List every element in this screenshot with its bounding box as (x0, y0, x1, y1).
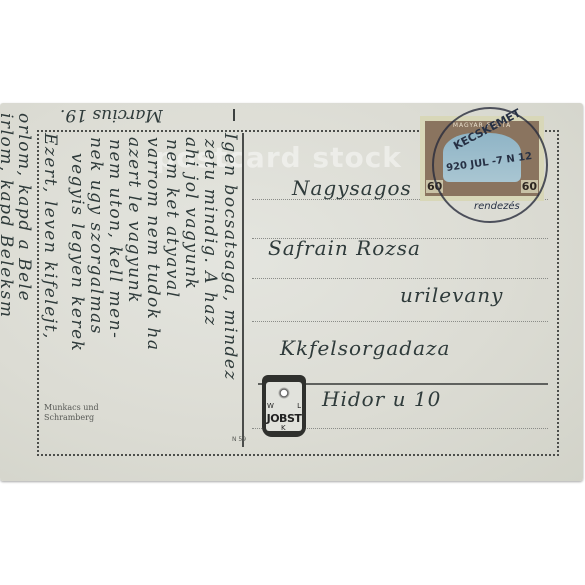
message-line: irlom, kapd Beleksm (0, 113, 16, 318)
logo-letter-right: L (297, 402, 301, 410)
address-recipient-title: Nagysagos (292, 176, 412, 200)
address-recipient-honorific: urilevany (400, 283, 503, 307)
message-line: Igen bocsatsaga, mindez (220, 133, 240, 381)
address-street: Hidor u 10 (322, 387, 441, 411)
message-line: ahi jol vagyunk (181, 137, 201, 290)
publisher-imprint: Munkacs und Schramberg (44, 403, 99, 423)
print-code: N 59 (232, 435, 246, 445)
address-recipient-name: Safrain Rozsa (268, 236, 421, 260)
postmark: KECSKEMET 920 JUL -7 N 12 rendezés (432, 107, 548, 223)
message-line: nem uton, kell men- (105, 139, 125, 339)
publisher-line: Munkacs und (44, 403, 99, 413)
address-line-4 (252, 321, 548, 322)
header-handwriting: Marcius 19. (60, 105, 163, 125)
message-line: zetu mindig. A haz (200, 139, 220, 326)
address-line-3 (252, 278, 548, 279)
flower-icon (277, 386, 291, 400)
center-divider (242, 133, 244, 447)
jobst-logo: W L JOBST K (262, 375, 306, 437)
message-line: nek ugy szorgalmas (86, 137, 106, 335)
postmark-date: 920 JUL -7 N 12 (446, 151, 533, 174)
postmark-bottom: rendezés (474, 201, 520, 212)
postmark-city: KECSKEMET (451, 106, 523, 152)
message-line: varrom nem tudok ha (143, 137, 163, 351)
publisher-line: Schramberg (44, 413, 99, 423)
postcard: postcard stock Marcius 19. Igen bocsatsa… (0, 103, 583, 481)
message-line: orlom, kapd a Bele (14, 113, 34, 302)
address-town: Kkfelsorgadaza (280, 336, 450, 360)
logo-letter-bottom: K (281, 424, 286, 432)
message-line: vegyis legyen kerek (67, 153, 87, 352)
message-line: azert le vagyunk (124, 137, 144, 304)
roman-numeral-mark (233, 109, 249, 121)
message-line: Ezert, leven kifelejt, (40, 133, 60, 340)
message-line: nem ket atyaval (162, 139, 182, 299)
logo-letter-left: W (267, 402, 274, 410)
